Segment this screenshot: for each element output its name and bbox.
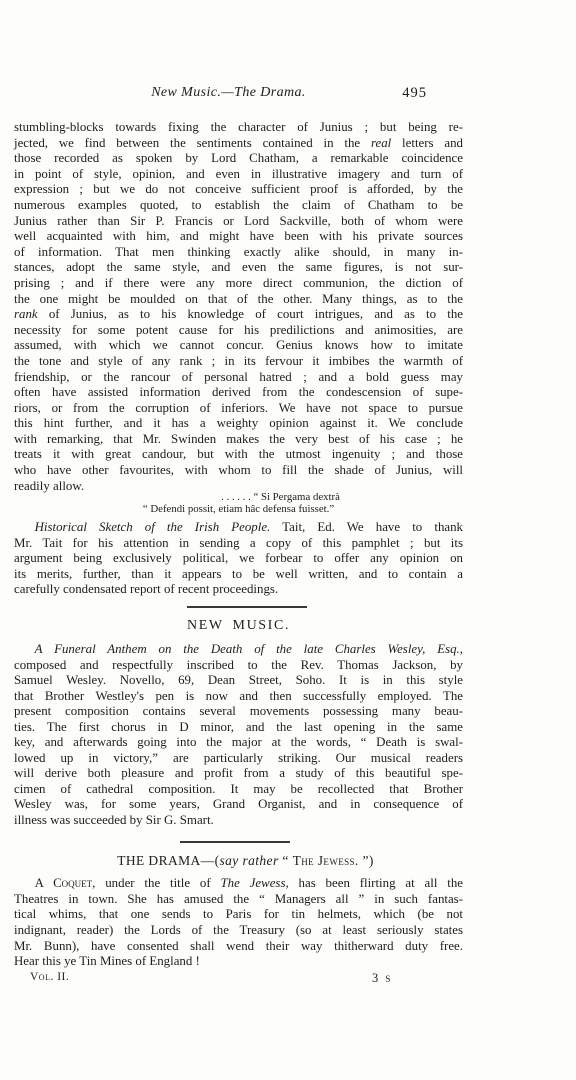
page-number: 495 — [402, 85, 427, 102]
text-line: of information. That men thinking exactl… — [14, 245, 463, 261]
text-line: necessity for some potent cause for his … — [14, 323, 463, 339]
text-line: expression ; but we do not conceive suff… — [14, 182, 463, 198]
text-line: Mr. Bunn), have consented shall wend the… — [14, 939, 463, 955]
text-line: that Brother Westley's pen is now and th… — [14, 689, 463, 705]
text-line: who have other favourites, with whom to … — [14, 463, 463, 479]
text-line: treats it with great candour, but with t… — [14, 447, 463, 463]
text-line: in point of style, opinion, and even in … — [14, 167, 463, 183]
text-line: ties. The first chorus in D minor, and t… — [14, 720, 463, 736]
text-line: “ Defendi possit, etiam hâc defensa fuis… — [14, 504, 463, 516]
printer-signature: 3 s — [372, 971, 390, 986]
new-music-heading: NEW MUSIC. — [14, 618, 463, 634]
text-line: carefully condensated report of recent p… — [14, 582, 463, 598]
text-line: the tone and style of any rank ; in its … — [14, 354, 463, 370]
text-line: composed and respectfully inscribed to t… — [14, 658, 463, 674]
text-line: stumbling-blocks towards fixing the char… — [14, 120, 463, 136]
text-line: illness was succeeded by Sir G. Smart. — [14, 813, 463, 829]
text-line: well acquainted with him, and might have… — [14, 229, 463, 245]
text-line: its merits, further, than it appears to … — [14, 567, 463, 583]
text-line: those recorded as spoken by Lord Chatham… — [14, 151, 463, 167]
tait-review-paragraph: Historical Sketch of the Irish People. T… — [14, 520, 463, 598]
text-line: often have assisted information derived … — [14, 385, 463, 401]
text-line: assumed, with which we cannot concur. Ge… — [14, 338, 463, 354]
text-line: Samuel Wesley. Novello, 69, Dean Street,… — [14, 673, 463, 689]
page-footer: Vol. II. 3 s — [14, 971, 463, 987]
text-line: A Coquet, under the title of The Jewess,… — [14, 876, 463, 892]
text-line: rank of Junius, as to his knowledge of c… — [14, 307, 463, 323]
running-title: New Music.—The Drama. — [14, 85, 463, 101]
text-line: argument being exclusively political, we… — [14, 551, 463, 567]
text-line: riors, or from the corruption of inferio… — [14, 401, 463, 417]
text-line: tical whims, that one sends to Paris for… — [14, 907, 463, 923]
text-line: . . . . . . “ Si Pergama dextrà — [14, 492, 463, 504]
text-line: prising ; and if there were any more dir… — [14, 276, 463, 292]
text-line: Mr. Tait for his attention in sending a … — [14, 536, 463, 552]
text-line: Hear this ye Tin Mines of England ! — [14, 954, 463, 970]
text-line: numerous examples quoted, to establish t… — [14, 198, 463, 214]
text-line: key, and afterwards going into the major… — [14, 735, 463, 751]
text-line: friendship, or the rancour of personal h… — [14, 370, 463, 386]
text-line: Junius rather than Sir P. Francis or Lor… — [14, 214, 463, 230]
text-line: with remarking, that Mr. Swinden makes t… — [14, 432, 463, 448]
scanned-magazine-page: New Music.—The Drama. 495 stumbling-bloc… — [0, 0, 576, 1080]
text-line: will derive both pleasure and profit fro… — [14, 766, 463, 782]
drama-heading: THE DRAMA—(say rather “ The Jewess. ”) — [14, 853, 463, 869]
junius-review-paragraph: stumbling-blocks towards fixing the char… — [14, 120, 463, 494]
text-line: jected, we find between the sentiments c… — [14, 136, 463, 152]
text-line: Historical Sketch of the Irish People. T… — [14, 520, 463, 536]
section-divider-rule — [180, 841, 290, 843]
section-divider-rule — [187, 606, 307, 608]
text-line: this hint further, and it has a weighty … — [14, 416, 463, 432]
running-header: New Music.—The Drama. 495 — [14, 85, 463, 103]
volume-label: Vol. II. — [30, 971, 69, 983]
text-line: cimen of cathedral composition. It may b… — [14, 782, 463, 798]
funeral-anthem-paragraph: A Funeral Anthem on the Death of the lat… — [14, 642, 463, 828]
text-line: A Funeral Anthem on the Death of the lat… — [14, 642, 463, 658]
text-line: present composition contains several mov… — [14, 704, 463, 720]
drama-paragraph: A Coquet, under the title of The Jewess,… — [14, 876, 463, 970]
text-line: the one might be moulded on that of the … — [14, 292, 463, 308]
text-line: Theatres in town. She has amused the “ M… — [14, 892, 463, 908]
text-line: stances, adopt the same style, and even … — [14, 260, 463, 276]
text-line: lowed up in victory,” are particularly s… — [14, 751, 463, 767]
text-line: indignant, reader) the Lords of the Trea… — [14, 923, 463, 939]
latin-quote: . . . . . . “ Si Pergama dextrà“ Defendi… — [14, 492, 463, 515]
text-line: Wesley was, for some years, Grand Organi… — [14, 797, 463, 813]
